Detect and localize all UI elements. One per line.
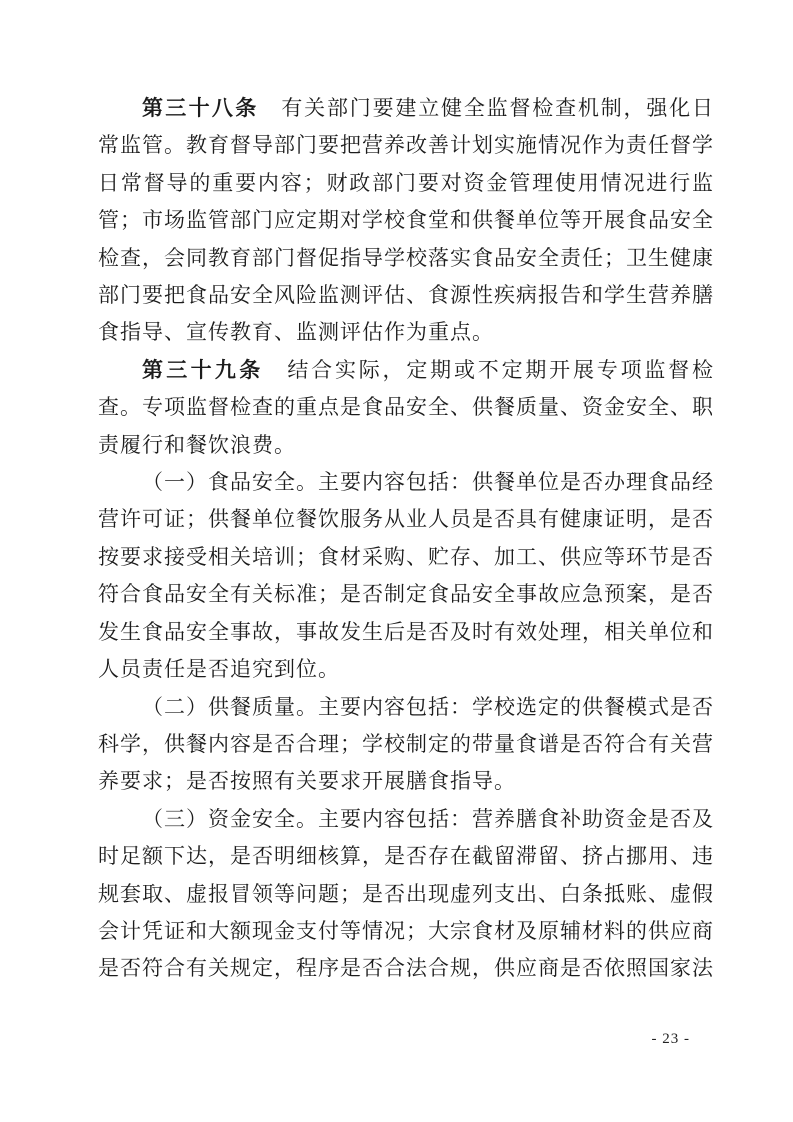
item-2-text: （二）供餐质量。主要内容包括：学校选定的供餐模式是否科学，供餐内容是否合理；学校… <box>98 695 714 794</box>
document-body: 第三十八条 有关部门要建立健全监督检查机制，强化日常监管。教育督导部门要把营养改… <box>98 90 714 988</box>
article-38-text: 有关部门要建立健全监督检查机制，强化日常监管。教育督导部门要把营养改善计划实施情… <box>98 96 714 344</box>
paragraph-item-2-meal-quality: （二）供餐质量。主要内容包括：学校选定的供餐模式是否科学，供餐内容是否合理；学校… <box>98 689 714 801</box>
page-number: - 23 - <box>652 1031 691 1048</box>
paragraph-item-3-fund-safety: （三）资金安全。主要内容包括：营养膳食补助资金是否及时足额下达，是否明细核算，是… <box>98 801 714 988</box>
paragraph-item-1-food-safety: （一）食品安全。主要内容包括：供餐单位是否办理食品经营许可证；供餐单位餐饮服务从… <box>98 464 714 688</box>
item-1-text: （一）食品安全。主要内容包括：供餐单位是否办理食品经营许可证；供餐单位餐饮服务从… <box>98 470 714 681</box>
article-38-heading: 第三十八条 <box>142 96 259 120</box>
item-3-text: （三）资金安全。主要内容包括：营养膳食补助资金是否及时足额下达，是否明细核算，是… <box>98 807 714 981</box>
paragraph-article-38: 第三十八条 有关部门要建立健全监督检查机制，强化日常监管。教育督导部门要把营养改… <box>98 90 714 352</box>
document-page: 第三十八条 有关部门要建立健全监督检查机制，强化日常监管。教育督导部门要把营养改… <box>0 0 793 1122</box>
paragraph-article-39: 第三十九条 结合实际，定期或不定期开展专项监督检查。专项监督检查的重点是食品安全… <box>98 352 714 464</box>
article-39-heading: 第三十九条 <box>142 358 264 382</box>
